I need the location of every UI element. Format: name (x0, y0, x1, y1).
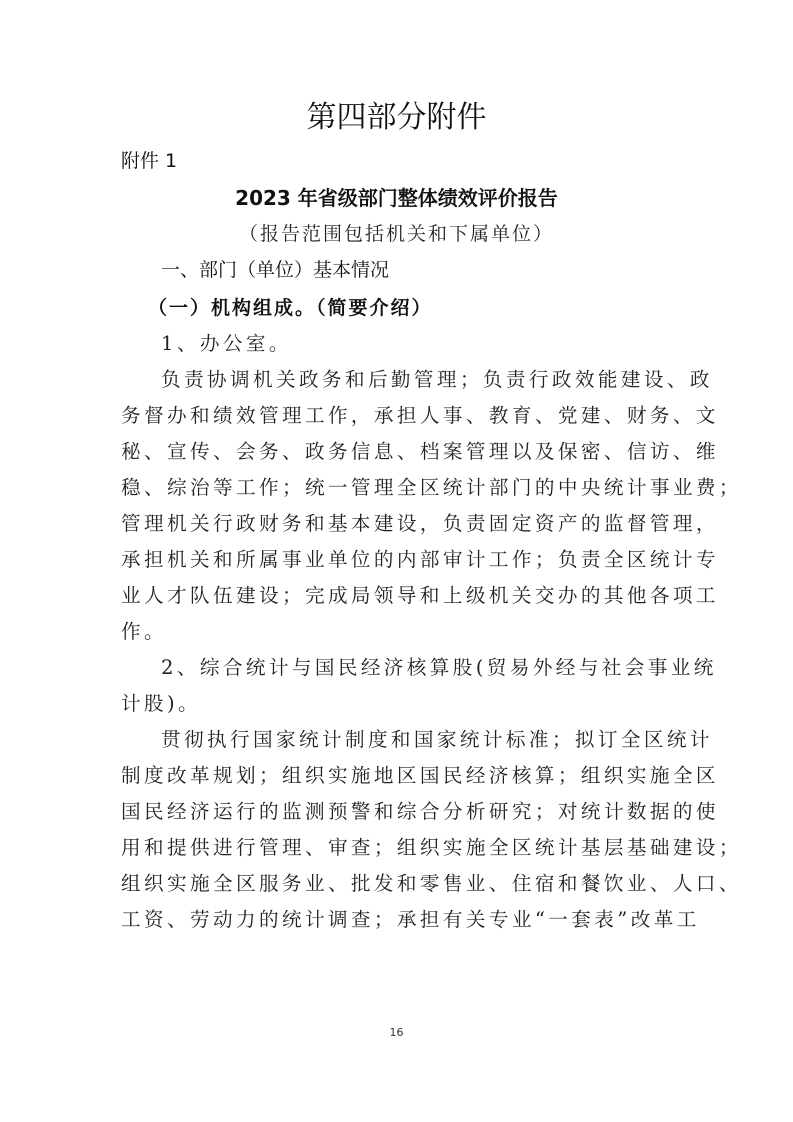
part-title: 第四部分附件 (0, 98, 793, 138)
report-subtitle: （报告范围包括机关和下属单位） (0, 216, 793, 252)
subsection-heading-organization: （一）机构组成。（简要介绍） (148, 290, 433, 326)
body-line: 作。 (121, 614, 677, 650)
item-1-heading: 1、办公室。 (121, 326, 677, 362)
page-number: 16 (0, 1026, 793, 1039)
body-line: 务督办和绩效管理工作，承担人事、教育、党建、财务、文 (121, 398, 677, 434)
section-heading-basic-info: 一、部门（单位）基本情况 (161, 252, 389, 288)
item-2-heading-cont: 计股)。 (121, 686, 677, 722)
body-line: 管理机关行政财务和基本建设，负责固定资产的监督管理， (121, 506, 677, 542)
body-line: 组织实施全区服务业、批发和零售业、住宿和餐饮业、人口、 (121, 866, 677, 902)
body-line: 贯彻执行国家统计制度和国家统计标准；拟订全区统计 (121, 722, 677, 758)
body-line: 负责协调机关政务和后勤管理；负责行政效能建设、政 (121, 362, 677, 398)
body-line: 业人才队伍建设；完成局领导和上级机关交办的其他各项工 (121, 578, 677, 614)
item-2-heading: 2、综合统计与国民经济核算股(贸易外经与社会事业统 (121, 650, 677, 686)
body-line: 秘、宣传、会务、政务信息、档案管理以及保密、信访、维 (121, 434, 677, 470)
annex-label: 附件 1 (121, 146, 177, 176)
document-page: 第四部分附件 附件 1 2023 年省级部门整体绩效评价报告 （报告范围包括机关… (0, 0, 793, 1122)
body-line: 用和提供进行管理、审查；组织实施全区统计基层基础建设； (121, 830, 677, 866)
report-title: 2023 年省级部门整体绩效评价报告 (0, 180, 793, 216)
item-1-block: 1、办公室。 负责协调机关政务和后勤管理；负责行政效能建设、政 务督办和绩效管理… (121, 326, 677, 938)
body-line: 工资、劳动力的统计调查；承担有关专业“一套表”改革工 (121, 902, 677, 938)
body-line: 国民经济运行的监测预警和综合分析研究；对统计数据的使 (121, 794, 677, 830)
body-line: 稳、综治等工作；统一管理全区统计部门的中央统计事业费； (121, 470, 677, 506)
body-line: 承担机关和所属事业单位的内部审计工作；负责全区统计专 (121, 542, 677, 578)
body-line: 制度改革规划；组织实施地区国民经济核算；组织实施全区 (121, 758, 677, 794)
